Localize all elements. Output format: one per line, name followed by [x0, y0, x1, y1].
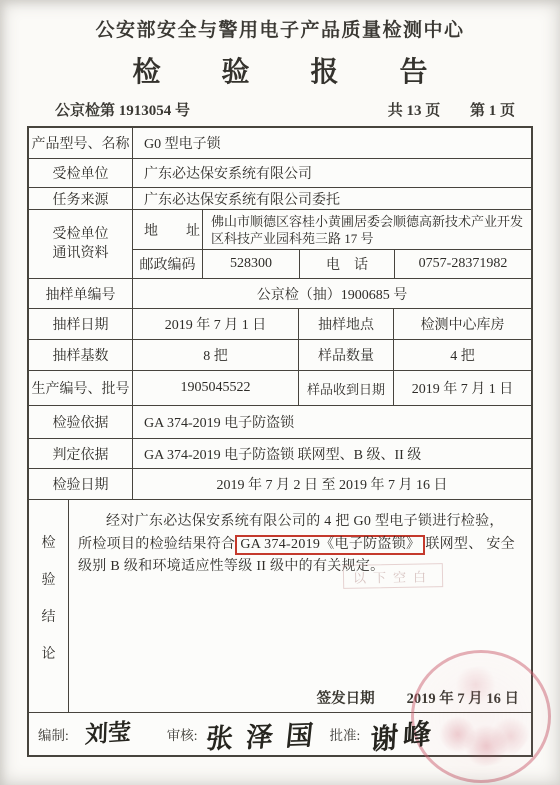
inspected-unit-value: 广东必达保安系统有限公司 [133, 159, 531, 187]
sampling-no-label: 抽样单编号 [29, 279, 133, 308]
organization-title: 公安部安全与警用电子产品质量检测中心 [0, 0, 560, 42]
task-source-value: 广东必达保安系统有限公司委托 [133, 188, 531, 209]
phone-value: 0757-28371982 [395, 250, 531, 278]
judge-basis-label: 判定依据 [29, 439, 133, 468]
row-task-source: 任务来源 广东必达保安系统有限公司委托 [29, 188, 531, 210]
task-source-label: 任务来源 [29, 188, 133, 209]
product-model-label: 产品型号、名称 [29, 128, 133, 158]
inspected-unit-label: 受检单位 [29, 159, 133, 187]
prepared-by-label: 编制: [38, 724, 69, 744]
address-value: 佛山市顺德区容桂小黄圃居委会顺德高新技术产业开发区科技产业园科苑三路 17 号 [203, 210, 531, 249]
conclusion-label-char: 论 [42, 643, 56, 663]
conclusion-label-char: 验 [42, 569, 56, 589]
sampling-place-label: 抽样地点 [299, 309, 394, 339]
production-no-value: 1905045522 [133, 371, 299, 405]
reviewed-by-label: 审核: [167, 724, 198, 744]
issue-date-value: 2019 年 7 月 16 日 [407, 687, 519, 708]
row-signatures: 编制: 刘莹 审核: 张泽国 批准: 谢峰 [29, 713, 531, 755]
sample-received-value: 2019 年 7 月 1 日 [394, 371, 531, 405]
report-title-text: 检 验 报 告 [132, 57, 454, 88]
sampling-place-value: 检测中心库房 [394, 309, 531, 339]
address-subrow: 地 址 佛山市顺德区容桂小黄圃居委会顺德高新技术产业开发区科技产业园科苑三路 1… [133, 210, 531, 250]
row-conclusion: 检 验 结 论 经对广东必达保安系统有限公司的 4 把 G0 型电子锁进行检验，… [29, 500, 531, 713]
report-meta: 公京检第 1913054 号 共 13 页 第 1 页 [55, 99, 515, 120]
report-title: 检 验 报 告 [0, 50, 560, 90]
current-page: 第 1 页 [470, 103, 515, 119]
row-production-no: 生产编号、批号 1905045522 样品收到日期 2019 年 7 月 1 日 [29, 371, 531, 406]
postcode-label: 邮政编码 [133, 250, 203, 278]
conclusion-label: 检 验 结 论 [29, 500, 69, 712]
sample-qty-value: 4 把 [394, 340, 531, 370]
test-date-value: 2019 年 7 月 2 日 至 2019 年 7 月 16 日 [133, 469, 531, 499]
inspection-report-page: { "header": { "org": "公安部安全与警用电子产品质量检测中心… [0, 0, 560, 785]
row-sampling-date: 抽样日期 2019 年 7 月 1 日 抽样地点 检测中心库房 [29, 309, 531, 340]
sample-received-label: 样品收到日期 [299, 371, 394, 405]
issue-date-label: 签发日期 [317, 687, 375, 708]
row-test-basis: 检验依据 GA 374-2019 电子防盗锁 [29, 406, 531, 439]
sample-qty-label: 样品数量 [299, 340, 394, 370]
conclusion-body: 经对广东必达保安系统有限公司的 4 把 G0 型电子锁进行检验，所检项目的检验结… [69, 500, 531, 712]
sampling-base-value: 8 把 [133, 340, 299, 370]
prepared-signature: 刘莹 [85, 723, 132, 744]
total-pages: 共 13 页 [388, 103, 441, 119]
row-sampling-no: 抽样单编号 公京检（抽）1900685 号 [29, 279, 531, 309]
conclusion-label-char: 结 [42, 606, 56, 626]
sampling-date-value: 2019 年 7 月 1 日 [133, 309, 299, 339]
sampling-date-label: 抽样日期 [29, 309, 133, 339]
issue-date-row: 签发日期 2019 年 7 月 16 日 [317, 687, 519, 708]
row-sampling-base: 抽样基数 8 把 样品数量 4 把 [29, 340, 531, 371]
test-date-label: 检验日期 [29, 469, 133, 499]
row-contact-info: 受检单位通讯资料 地 址 佛山市顺德区容桂小黄圃居委会顺德高新技术产业开发区科技… [29, 210, 531, 279]
sampling-base-label: 抽样基数 [29, 340, 133, 370]
row-judge-basis: 判定依据 GA 374-2019 电子防盗锁 联网型、B 级、II 级 [29, 439, 531, 469]
report-table: 产品型号、名称 G0 型电子锁 受检单位 广东必达保安系统有限公司 任务来源 广… [27, 126, 533, 757]
address-label: 地 址 [133, 210, 203, 249]
postcode-value: 528300 [203, 250, 300, 278]
sampling-no-value: 公京检（抽）1900685 号 [133, 279, 531, 308]
highlight-box: GA 374-2019《电子防盗锁》 [235, 535, 425, 555]
row-inspected-unit: 受检单位 广东必达保安系统有限公司 [29, 159, 531, 188]
product-model-value: G0 型电子锁 [133, 128, 531, 158]
test-basis-label: 检验依据 [29, 406, 133, 438]
postcode-phone-subrow: 邮政编码 528300 电 话 0757-28371982 [133, 250, 531, 278]
blank-below-stamp: 以下空白 [343, 563, 443, 589]
reviewed-signature: 张泽国 [205, 726, 327, 748]
phone-label: 电 话 [300, 250, 395, 278]
contact-info-cells: 地 址 佛山市顺德区容桂小黄圃居委会顺德高新技术产业开发区科技产业园科苑三路 1… [133, 210, 531, 278]
production-no-label: 生产编号、批号 [29, 371, 133, 405]
approved-by-label: 批准: [330, 724, 361, 744]
test-basis-value: GA 374-2019 电子防盗锁 [133, 406, 531, 438]
conclusion-text: 经对广东必达保安系统有限公司的 4 把 G0 型电子锁进行检验，所检项目的检验结… [69, 500, 531, 579]
page-info: 共 13 页 第 1 页 [362, 99, 515, 120]
approved-signature: 谢峰 [370, 725, 436, 751]
contact-info-label: 受检单位通讯资料 [29, 210, 133, 278]
judge-basis-value: GA 374-2019 电子防盗锁 联网型、B 级、II 级 [133, 439, 531, 468]
row-product: 产品型号、名称 G0 型电子锁 [29, 128, 531, 159]
contact-info-label-text: 受检单位通讯资料 [50, 225, 112, 263]
row-test-date: 检验日期 2019 年 7 月 2 日 至 2019 年 7 月 16 日 [29, 469, 531, 500]
conclusion-label-char: 检 [42, 532, 56, 552]
report-number: 公京检第 1913054 号 [55, 99, 190, 120]
